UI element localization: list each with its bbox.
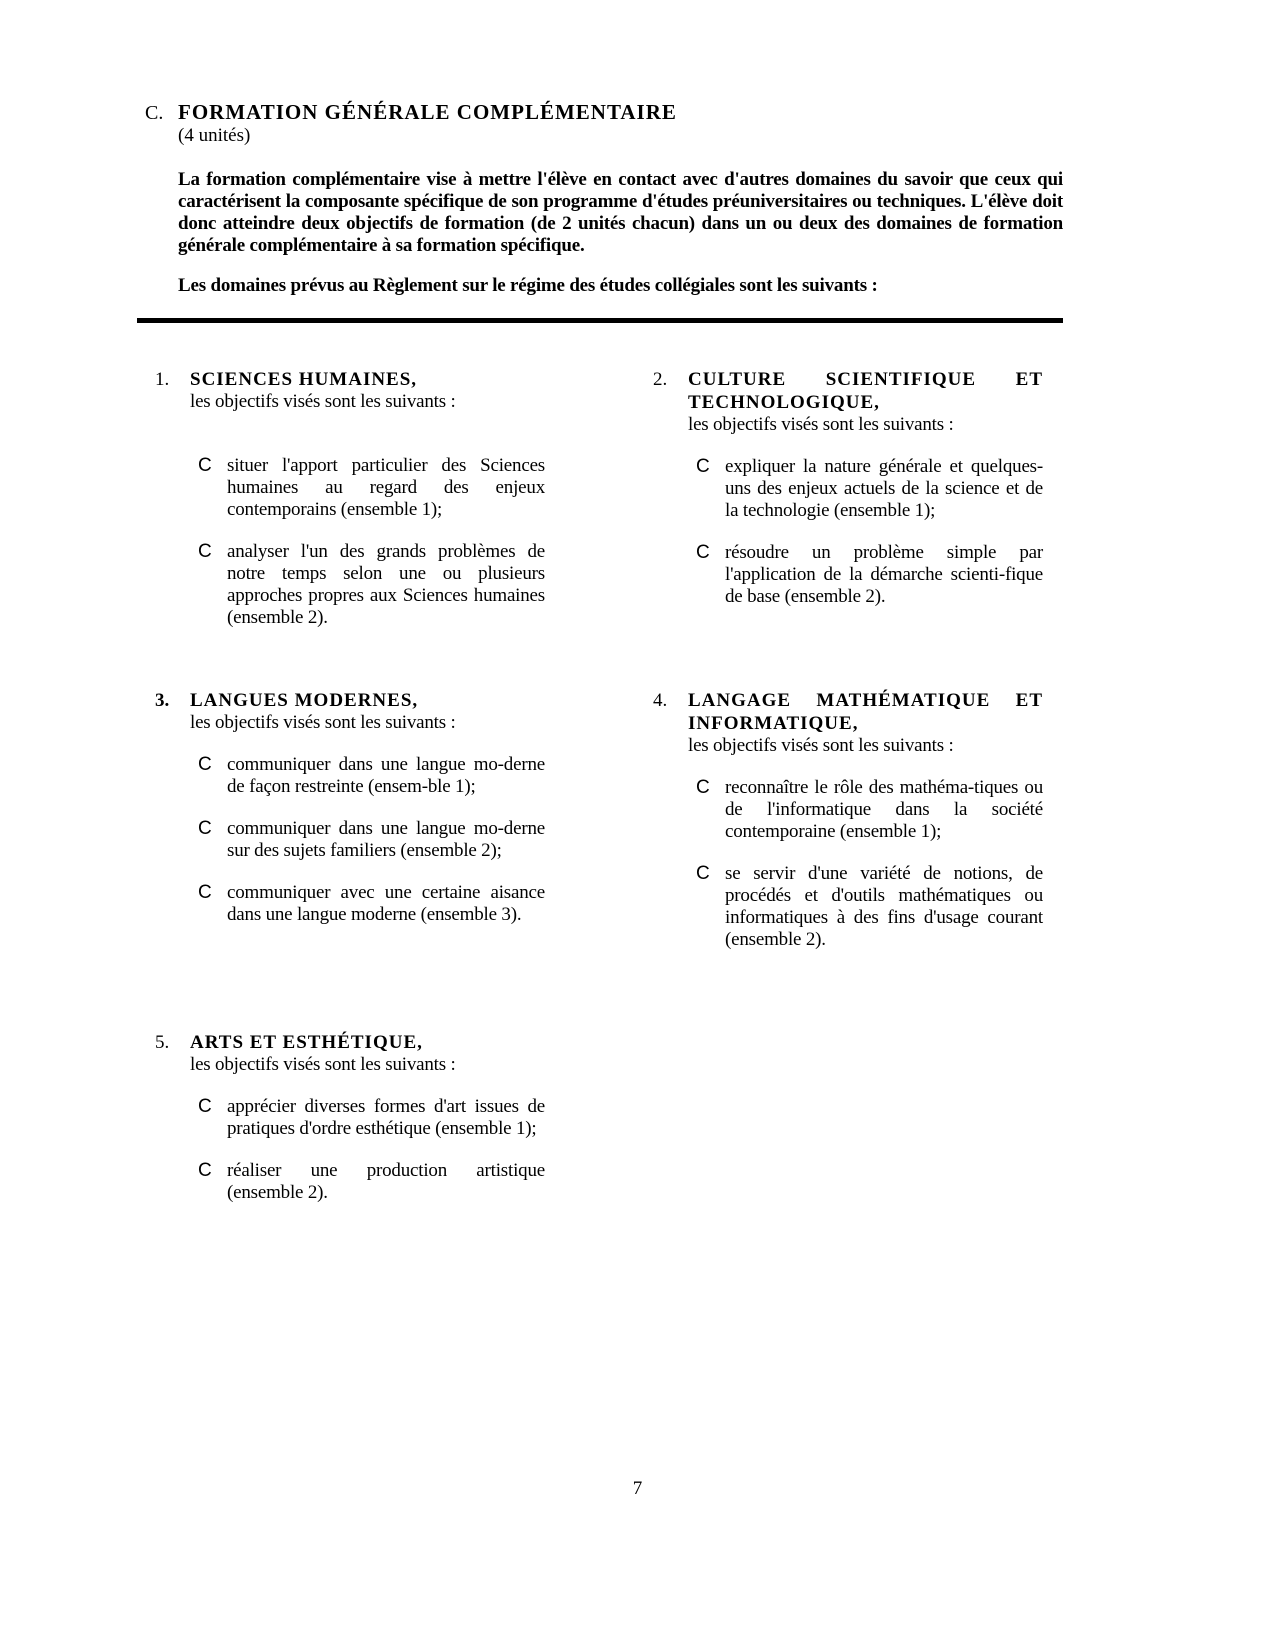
objectives: C apprécier diverses formes d'art issues…	[198, 1096, 545, 1204]
domain-titles: ARTS ET ESTHÉTIQUE, les objectifs visés …	[190, 1031, 545, 1076]
bullet-glyph: C	[198, 541, 227, 629]
bullet-glyph: C	[696, 542, 725, 608]
objective-text: communiquer avec une certaine aisance da…	[227, 882, 545, 926]
domain-titles: SCIENCES HUMAINES, les objectifs visés s…	[190, 368, 545, 413]
bullet-glyph: C	[696, 456, 725, 522]
domain-header: 3. LANGUES MODERNES, les objectifs visés…	[155, 689, 545, 734]
units-note: (4 unités)	[178, 125, 1063, 147]
domain-header: 1. SCIENCES HUMAINES, les objectifs visé…	[155, 368, 545, 413]
domain-subtitle: les objectifs visés sont les suivants :	[190, 1054, 545, 1076]
domain-langues-modernes: 3. LANGUES MODERNES, les objectifs visés…	[155, 689, 545, 926]
bullet-glyph: C	[696, 777, 725, 843]
objectives: C reconnaître le rôle des mathéma-tiques…	[696, 777, 1043, 951]
domain-title: LANGAGE MATHÉMATIQUE ET INFORMATIQUE,	[688, 689, 1043, 735]
objective-text: analyser l'un des grands problèmes de no…	[227, 541, 545, 629]
domain-number: 4.	[653, 689, 688, 757]
objective-text: expliquer la nature générale et quelques…	[725, 456, 1043, 522]
objectives: C communiquer dans une langue mo-derne d…	[198, 754, 545, 926]
objectives: C expliquer la nature générale et quelqu…	[696, 456, 1043, 608]
objective-text: situer l'apport particulier des Sciences…	[227, 455, 545, 521]
objective-item: C résoudre un problème simple par l'appl…	[696, 542, 1043, 608]
objective-text: apprécier diverses formes d'art issues d…	[227, 1096, 545, 1140]
domain-title: SCIENCES HUMAINES,	[190, 368, 545, 391]
domains-list: 1. SCIENCES HUMAINES, les objectifs visé…	[155, 368, 1043, 1204]
objective-text: communiquer dans une langue mo-derne de …	[227, 754, 545, 798]
document-header: C. FORMATION GÉNÉRALE COMPLÉMENTAIRE (4 …	[145, 100, 1063, 297]
objective-item: C réaliser une production artistique (en…	[198, 1160, 545, 1204]
bullet-glyph: C	[696, 863, 725, 951]
bullet-glyph: C	[198, 882, 227, 926]
domain-titles: LANGUES MODERNES, les objectifs visés so…	[190, 689, 545, 734]
domain-subtitle: les objectifs visés sont les suivants :	[688, 414, 1043, 436]
domains-row-2: 3. LANGUES MODERNES, les objectifs visés…	[155, 689, 1043, 951]
objective-item: C apprécier diverses formes d'art issues…	[198, 1096, 545, 1140]
bullet-glyph: C	[198, 1096, 227, 1140]
domain-arts-esthetique: 5. ARTS ET ESTHÉTIQUE, les objectifs vis…	[155, 1031, 545, 1204]
domain-culture-scientifique: 2. CULTURE SCIENTIFIQUE ET TECHNOLOGIQUE…	[653, 368, 1043, 608]
domains-row-3: 5. ARTS ET ESTHÉTIQUE, les objectifs vis…	[155, 1031, 1043, 1204]
document-page: C. FORMATION GÉNÉRALE COMPLÉMENTAIRE (4 …	[0, 0, 1275, 1650]
bullet-glyph: C	[198, 818, 227, 862]
domain-number: 5.	[155, 1031, 190, 1076]
domain-number: 1.	[155, 368, 190, 413]
objective-item: C expliquer la nature générale et quelqu…	[696, 456, 1043, 522]
title-row: C. FORMATION GÉNÉRALE COMPLÉMENTAIRE	[145, 100, 1063, 125]
objective-item: C se servir d'une variété de notions, de…	[696, 863, 1043, 951]
domain-subtitle: les objectifs visés sont les suivants :	[688, 735, 1043, 757]
domain-titles: LANGAGE MATHÉMATIQUE ET INFORMATIQUE, le…	[688, 689, 1043, 757]
bullet-glyph: C	[198, 455, 227, 521]
bullet-glyph: C	[198, 754, 227, 798]
lead-in-sentence: Les domaines prévus au Règlement sur le …	[178, 275, 1063, 297]
domain-titles: CULTURE SCIENTIFIQUE ET TECHNOLOGIQUE, l…	[688, 368, 1043, 436]
domain-number: 2.	[653, 368, 688, 436]
objective-item: C communiquer avec une certaine aisance …	[198, 882, 545, 926]
domain-title: LANGUES MODERNES,	[190, 689, 545, 712]
objective-item: C situer l'apport particulier des Scienc…	[198, 455, 545, 521]
bullet-glyph: C	[198, 1160, 227, 1204]
objective-text: se servir d'une variété de notions, de p…	[725, 863, 1043, 951]
objective-text: reconnaître le rôle des mathéma-tiques o…	[725, 777, 1043, 843]
objectives: C situer l'apport particulier des Scienc…	[198, 455, 545, 629]
domains-row-1: 1. SCIENCES HUMAINES, les objectifs visé…	[155, 368, 1043, 629]
domain-subtitle: les objectifs visés sont les suivants :	[190, 391, 545, 413]
domain-subtitle: les objectifs visés sont les suivants :	[190, 712, 545, 734]
domain-number: 3.	[155, 689, 190, 734]
domain-sciences-humaines: 1. SCIENCES HUMAINES, les objectifs visé…	[155, 368, 545, 629]
objective-text: réaliser une production artistique (ense…	[227, 1160, 545, 1204]
section-letter: C.	[145, 101, 178, 125]
objective-item: C analyser l'un des grands problèmes de …	[198, 541, 545, 629]
objective-text: communiquer dans une langue mo-derne sur…	[227, 818, 545, 862]
objective-item: C communiquer dans une langue mo-derne d…	[198, 754, 545, 798]
domain-title: ARTS ET ESTHÉTIQUE,	[190, 1031, 545, 1054]
objective-item: C reconnaître le rôle des mathéma-tiques…	[696, 777, 1043, 843]
domain-header: 5. ARTS ET ESTHÉTIQUE, les objectifs vis…	[155, 1031, 545, 1076]
objective-text: résoudre un problème simple par l'applic…	[725, 542, 1043, 608]
domain-langage-mathematique: 4. LANGAGE MATHÉMATIQUE ET INFORMATIQUE,…	[653, 689, 1043, 951]
page-content: C. FORMATION GÉNÉRALE COMPLÉMENTAIRE (4 …	[0, 0, 1275, 1204]
objective-item: C communiquer dans une langue mo-derne s…	[198, 818, 545, 862]
horizontal-rule	[137, 318, 1063, 323]
intro-paragraph: La formation complémentaire vise à mettr…	[178, 169, 1063, 257]
page-number: 7	[0, 1478, 1275, 1500]
document-title: FORMATION GÉNÉRALE COMPLÉMENTAIRE	[178, 100, 677, 124]
domain-title: CULTURE SCIENTIFIQUE ET TECHNOLOGIQUE,	[688, 368, 1043, 414]
domain-header: 2. CULTURE SCIENTIFIQUE ET TECHNOLOGIQUE…	[653, 368, 1043, 436]
domain-header: 4. LANGAGE MATHÉMATIQUE ET INFORMATIQUE,…	[653, 689, 1043, 757]
